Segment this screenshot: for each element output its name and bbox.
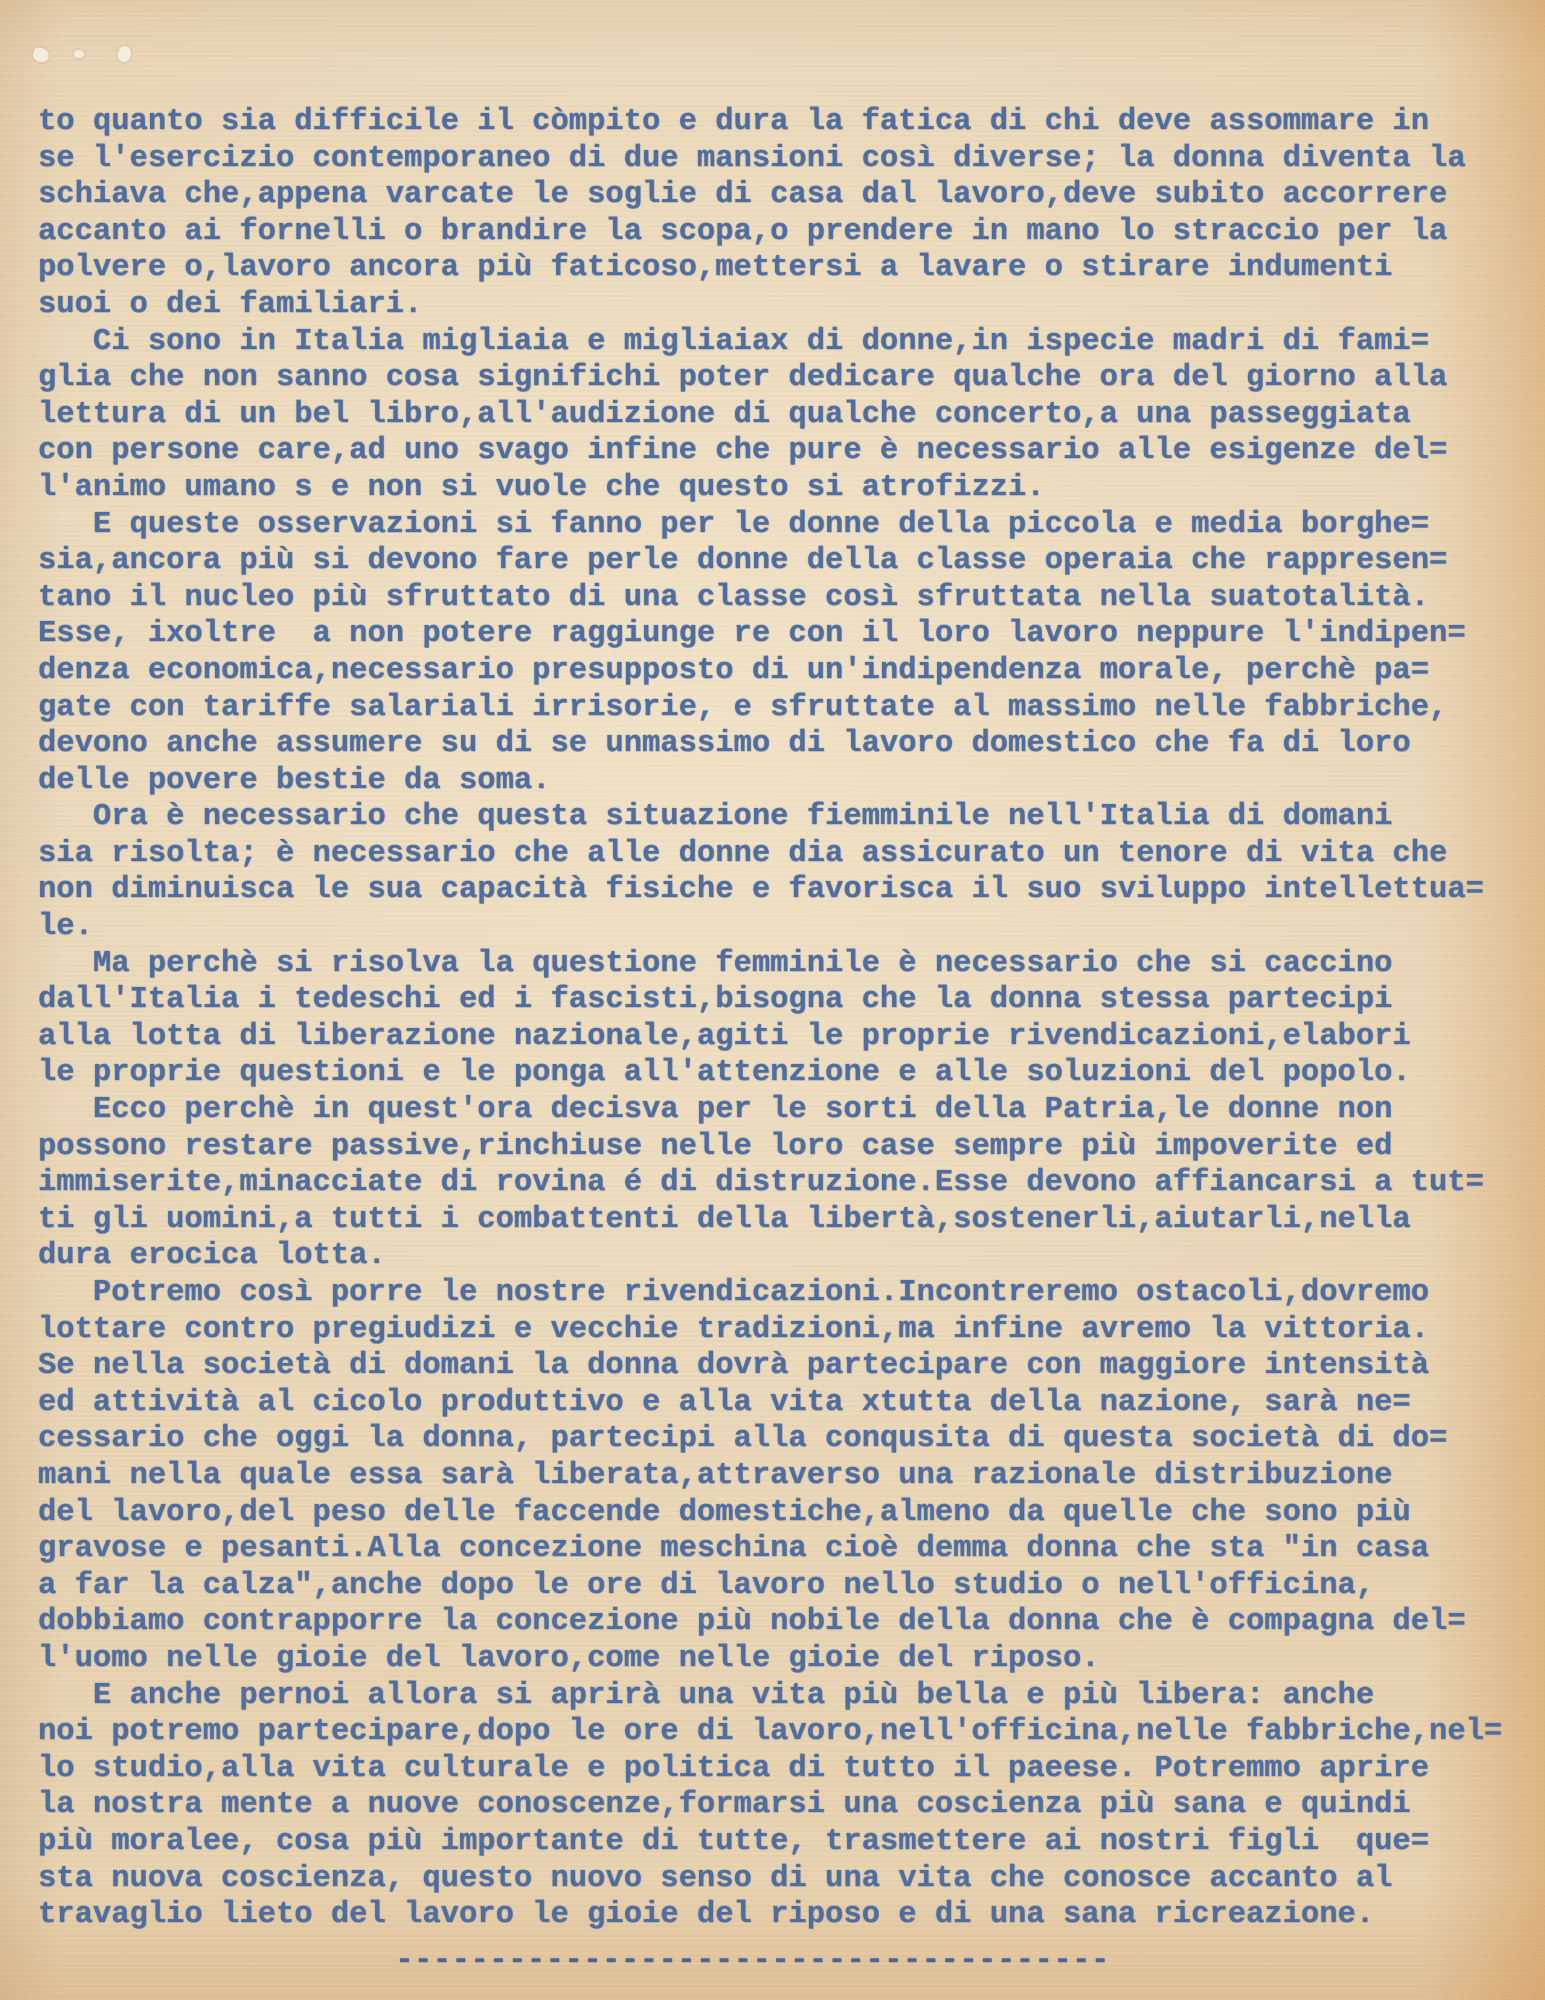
text-line: sta nuova coscienza, questo nuovo senso … xyxy=(38,1861,1535,1898)
text-line: Ci sono in Italia migliaia e migliaiax d… xyxy=(38,324,1535,361)
text-line: devono anche assumere su di se unmassimo… xyxy=(38,726,1535,763)
text-line: l'animo umano s e non si vuole che quest… xyxy=(38,470,1535,507)
text-line: mani nella quale essa sarà liberata,attr… xyxy=(38,1458,1535,1495)
text-line: l'uomo nelle gioie del lavoro,come nelle… xyxy=(38,1641,1535,1678)
typed-dash-separator: -------------------------------------- xyxy=(38,1943,1535,1980)
text-line: to quanto sia difficile il còmpito e dur… xyxy=(38,104,1535,141)
text-line: Esse, ixoltre a non potere raggiunge re … xyxy=(38,616,1535,653)
text-line: ed attività al cicolo produttivo e alla … xyxy=(38,1385,1535,1422)
text-line: noi potremo partecipare,dopo le ore di l… xyxy=(38,1714,1535,1751)
text-line: gravose e pesanti.Alla concezione meschi… xyxy=(38,1531,1535,1568)
text-line: sia,ancora più si devono fare perle donn… xyxy=(38,543,1535,580)
text-line: immiserite,minacciate di rovina é di dis… xyxy=(38,1165,1535,1202)
text-line: gate con tariffe salariali irrisorie, e … xyxy=(38,690,1535,727)
text-line: lottare contro pregiudizi e vecchie trad… xyxy=(38,1312,1535,1349)
text-line: dall'Italia i tedeschi ed i fascisti,bis… xyxy=(38,982,1535,1019)
text-line: glia che non sanno cosa significhi poter… xyxy=(38,360,1535,397)
text-line: Ma perchè si risolva la questione femmin… xyxy=(38,946,1535,983)
text-line: suoi o dei familiari. xyxy=(38,287,1535,324)
typewritten-text-block: to quanto sia difficile il còmpito e dur… xyxy=(38,104,1535,1979)
text-line: dura erocica lotta. xyxy=(38,1238,1535,1275)
text-line: più moralee, cosa più importante di tutt… xyxy=(38,1824,1535,1861)
text-line: ti gli uomini,a tutti i combattenti dell… xyxy=(38,1202,1535,1239)
text-line: Se nella società di domani la donna dovr… xyxy=(38,1348,1535,1385)
text-line: denza economica,necessario presupposto d… xyxy=(38,653,1535,690)
text-line: E queste osservazioni si fanno per le do… xyxy=(38,507,1535,544)
text-line: polvere o,lavoro ancora più faticoso,met… xyxy=(38,250,1535,287)
text-line: le. xyxy=(38,909,1535,946)
text-line: le proprie questioni e le ponga all'atte… xyxy=(38,1055,1535,1092)
text-line: se l'esercizio contemporaneo di due mans… xyxy=(38,141,1535,178)
text-line: Potremo così porre le nostre rivendicazi… xyxy=(38,1275,1535,1312)
text-line: cessario che oggi la donna, partecipi al… xyxy=(38,1421,1535,1458)
text-line: dobbiamo contrapporre la concezione più … xyxy=(38,1604,1535,1641)
text-line: accanto ai fornelli o brandire la scopa,… xyxy=(38,214,1535,251)
document-body-lines: to quanto sia difficile il còmpito e dur… xyxy=(38,104,1535,1934)
text-line: delle povere bestie da soma. xyxy=(38,763,1535,800)
text-line: con persone care,ad uno svago infine che… xyxy=(38,433,1535,470)
text-line: alla lotta di liberazione nazionale,agit… xyxy=(38,1019,1535,1056)
text-line: del lavoro,del peso delle faccende domes… xyxy=(38,1495,1535,1532)
text-line: possono restare passive,rinchiuse nelle … xyxy=(38,1129,1535,1166)
text-line: schiava che,appena varcate le soglie di … xyxy=(38,177,1535,214)
text-line: sia risolta; è necessario che alle donne… xyxy=(38,836,1535,873)
text-line: la nostra mente a nuove conoscenze,forma… xyxy=(38,1787,1535,1824)
text-line: lettura di un bel libro,all'audizione di… xyxy=(38,397,1535,434)
text-line: lo studio,alla vita culturale e politica… xyxy=(38,1751,1535,1788)
text-line: non diminuisca le sua capacità fisiche e… xyxy=(38,872,1535,909)
text-line: travaglio lieto del lavoro le gioie del … xyxy=(38,1897,1535,1934)
text-line: a far la calza",anche dopo le ore di lav… xyxy=(38,1568,1535,1605)
text-line: Ecco perchè in quest'ora decisva per le … xyxy=(38,1092,1535,1129)
text-line: tano il nucleo più sfruttato di una clas… xyxy=(38,580,1535,617)
text-line: E anche pernoi allora si aprirà una vita… xyxy=(38,1678,1535,1715)
text-line: Ora è necessario che questa situazione f… xyxy=(38,799,1535,836)
